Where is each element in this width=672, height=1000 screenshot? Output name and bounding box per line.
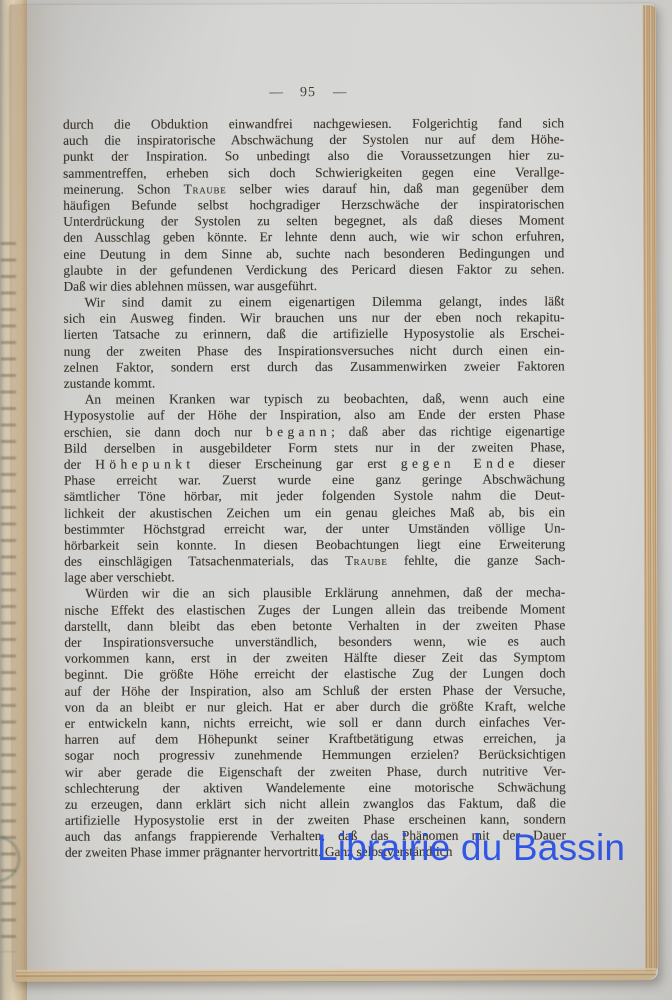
bottom-edge-pages: [16, 968, 656, 982]
text-segment: auch die inspiratorische Abschwächung de…: [63, 132, 564, 148]
text-segment: Würden wir die an sich plausible Erkläru…: [85, 585, 565, 601]
text-line: Unterdrückung der Systolen zu selten beg…: [63, 213, 564, 230]
smallcaps-word: Traube: [345, 553, 388, 568]
text-segment: den Ausschlag geben könnte. Er lehnte de…: [63, 229, 564, 245]
text-segment: meinerung. Schon: [63, 181, 183, 196]
smallcaps-word: Traube: [184, 181, 227, 196]
text-line: sich ein Ausweg finden. Wir brauchen uns…: [64, 310, 565, 327]
text-segment: durch die Obduktion einwandfrei nachgewi…: [63, 115, 564, 131]
text-line: des einschlägigen Tatsachenmaterials, da…: [64, 552, 565, 569]
text-line: der Inspirationsversuche unverständlich,…: [64, 633, 565, 650]
text-line: auch die inspiratorische Abschwächung de…: [63, 132, 564, 149]
text-segment: fehlte, die ganze Sach-: [387, 552, 565, 567]
text-segment: zustande kommt.: [64, 375, 156, 390]
text-line: Würden wir die an sich plausible Erkläru…: [64, 585, 565, 602]
text-line: häufigen Befunde selbst hochgradiger Her…: [63, 196, 564, 213]
text-segment: Daß wir dies ablehnen müssen, war ausgef…: [63, 278, 317, 294]
text-line: harren auf dem Höhepunkt seiner Kraftbet…: [65, 731, 566, 748]
text-line: hörbarkeit sein konnte. In diesen Beobac…: [64, 536, 565, 553]
letterspaced-word: begann: [266, 424, 331, 439]
text-segment: von da an bleibt er nur gleich. Hat er a…: [65, 698, 566, 714]
text-line: zustande kommt.: [64, 374, 565, 391]
text-segment: harren auf dem Höhepunkt seiner Kraftbet…: [65, 731, 566, 747]
text-segment: artifizielle Hyposystolie erst in der zw…: [65, 811, 566, 827]
text-segment: Unterdrückung der Systolen zu selten beg…: [63, 213, 564, 229]
text-line: darstellt, dann bleibt das eben betonte …: [64, 617, 565, 634]
watermark-text: Librairie du Bassin: [317, 827, 625, 869]
text-segment: schlechterung der aktiven Wandelemente e…: [65, 779, 566, 795]
text-segment: auf der Höhe der Inspiration, also am Sc…: [64, 682, 565, 698]
text-line: Bild derselben in ausgebildeter Form ste…: [64, 439, 565, 456]
text-line: eine Deutung in dem Sinne ab, suchte nac…: [63, 245, 564, 262]
text-segment: wir aber gerade die Eigenschaft der zwei…: [65, 763, 566, 779]
text-segment: beginnt. Die größte Höhe erreicht der el…: [64, 666, 565, 682]
text-segment: erschien, sie dann doch nur: [64, 424, 266, 440]
letterspaced-word: Höhepunkt: [95, 456, 194, 471]
text-segment: sich ein Ausweg finden. Wir brauchen uns…: [64, 310, 565, 326]
text-line: glaubte in der gefundenen Verdickung des…: [63, 261, 564, 278]
text-segment: zu erzeugen, dann erklärt sich nicht all…: [65, 795, 566, 811]
text-segment: eine Deutung in dem Sinne ab, suchte nac…: [63, 245, 564, 261]
text-line: sämtlicher Töne hörbar, mit jeder folgen…: [64, 488, 565, 505]
text-segment: des einschlägigen Tatsachenmaterials, da…: [64, 553, 345, 569]
text-segment: Hyposystolie auf der Höhe der Inspiratio…: [64, 407, 565, 423]
text-segment: hörbarkeit sein konnte. In diesen Beobac…: [64, 536, 565, 552]
text-line: sammentreffen, erheben sich doch Schwier…: [63, 164, 564, 181]
text-line: auf der Höhe der Inspiration, also am Sc…: [64, 682, 565, 699]
text-segment: Phase erreicht war. Zuerst wurde eine ga…: [64, 472, 565, 488]
text-segment: Bild derselben in ausgebildeter Form ste…: [64, 439, 565, 455]
text-line: An meinen Kranken war typisch zu beobach…: [64, 391, 565, 408]
text-segment: selber wies darauf hin, daß man gegenübe…: [226, 180, 564, 196]
page-number: 95: [300, 85, 316, 101]
text-segment: dieser Erscheinung gar erst: [195, 456, 401, 472]
text-segment: An meinen Kranken war typisch zu beobach…: [85, 391, 565, 407]
text-block: durch die Obduktion einwandfrei nachgewi…: [63, 115, 566, 861]
text-segment: sämtlicher Töne hörbar, mit jeder folgen…: [64, 488, 565, 504]
text-line: punkt der Inspiration. So unbedingt also…: [63, 148, 564, 165]
text-segment: bestimmter Höchstgrad erreicht war, der …: [64, 520, 565, 536]
letterspaced-word: gegen Ende: [401, 455, 519, 470]
text-segment: der: [64, 457, 95, 472]
text-segment: zelnen Faktor, sondern erst durch das Zu…: [64, 358, 565, 374]
text-line: zu erzeugen, dann erklärt sich nicht all…: [65, 795, 566, 812]
text-line: Daß wir dies ablehnen müssen, war ausgef…: [63, 277, 564, 294]
text-line: der Höhepunkt dieser Erscheinung gar ers…: [64, 455, 565, 472]
text-line: den Ausschlag geben könnte. Er lehnte de…: [63, 229, 564, 246]
text-line: vorkommen kann, erst in der zweiten Hälf…: [64, 650, 565, 667]
text-segment: sogar noch progressiv zunehmende Hemmung…: [65, 747, 566, 763]
text-line: lierten Tatsache zu erinnern, daß die ar…: [64, 326, 565, 343]
header-dash-left: —: [269, 84, 283, 100]
text-line: meinerung. Schon Traube selber wies dara…: [63, 180, 564, 197]
text-line: von da an bleibt er nur gleich. Hat er a…: [65, 698, 566, 715]
text-line: Phase erreicht war. Zuerst wurde eine ga…: [64, 472, 565, 489]
text-line: lichkeit der akustischen Zeichen um ein …: [64, 504, 565, 521]
text-line: beginnt. Die größte Höhe erreicht der el…: [64, 666, 565, 683]
text-segment: häufigen Befunde selbst hochgradiger Her…: [63, 196, 564, 212]
text-line: Wir sind damit zu einem eigenartigen Dil…: [63, 293, 564, 310]
text-line: erschien, sie dann doch nur begann; daß …: [64, 423, 565, 440]
text-segment: der Inspirationsversuche unverständlich,…: [64, 633, 565, 649]
text-line: Hyposystolie auf der Höhe der Inspiratio…: [64, 407, 565, 424]
text-segment: nung der zweiten Phase des Inspirationsv…: [64, 342, 565, 358]
text-segment: dieser: [519, 455, 565, 470]
text-line: schlechterung der aktiven Wandelemente e…: [65, 779, 566, 796]
text-segment: ; daß aber das richtige eigenartige: [331, 423, 565, 439]
text-line: sogar noch progressiv zunehmende Hemmung…: [65, 747, 566, 764]
text-segment: punkt der Inspiration. So unbedingt also…: [63, 148, 564, 164]
text-segment: darstellt, dann bleibt das eben betonte …: [64, 617, 565, 633]
text-segment: lage aber verschiebt.: [64, 570, 174, 585]
page-header: —95—: [62, 83, 554, 101]
text-segment: er entwickeln kann, nichts erreicht, wie…: [65, 714, 566, 730]
book-photo: —95— durch die Obduktion einwandfrei nac…: [0, 0, 672, 1000]
text-segment: Wir sind damit zu einem eigenartigen Dil…: [84, 293, 564, 309]
text-segment: lierten Tatsache zu erinnern, daß die ar…: [64, 326, 565, 342]
text-line: lage aber verschiebt.: [64, 569, 565, 586]
header-dash-right: —: [333, 84, 347, 100]
text-line: wir aber gerade die Eigenschaft der zwei…: [65, 763, 566, 780]
text-line: nung der zweiten Phase des Inspirationsv…: [64, 342, 565, 359]
text-line: zelnen Faktor, sondern erst durch das Zu…: [64, 358, 565, 375]
text-segment: glaubte in der gefundenen Verdickung des…: [63, 261, 564, 277]
fore-edge-pages: [643, 5, 659, 972]
text-segment: sammentreffen, erheben sich doch Schwier…: [63, 164, 564, 180]
text-segment: nische Effekt des elastischen Zuges der …: [64, 601, 565, 617]
text-line: durch die Obduktion einwandfrei nachgewi…: [63, 115, 564, 132]
text-segment: lichkeit der akustischen Zeichen um ein …: [64, 504, 565, 520]
text-line: bestimmter Höchstgrad erreicht war, der …: [64, 520, 565, 537]
text-line: nische Effekt des elastischen Zuges der …: [64, 601, 565, 618]
text-line: er entwickeln kann, nichts erreicht, wie…: [65, 714, 566, 731]
text-segment: vorkommen kann, erst in der zweiten Hälf…: [64, 650, 565, 666]
